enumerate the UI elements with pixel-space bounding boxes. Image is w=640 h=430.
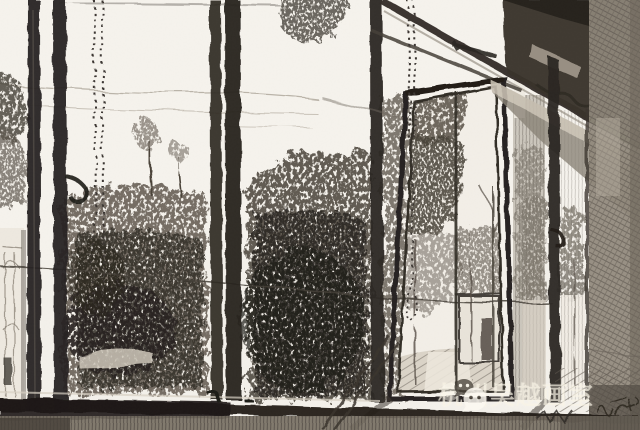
sketch-canvas [0, 0, 640, 430]
artwork-frame: 杭州吴越画室 [0, 0, 640, 430]
paper-grain-overlay [0, 0, 640, 430]
